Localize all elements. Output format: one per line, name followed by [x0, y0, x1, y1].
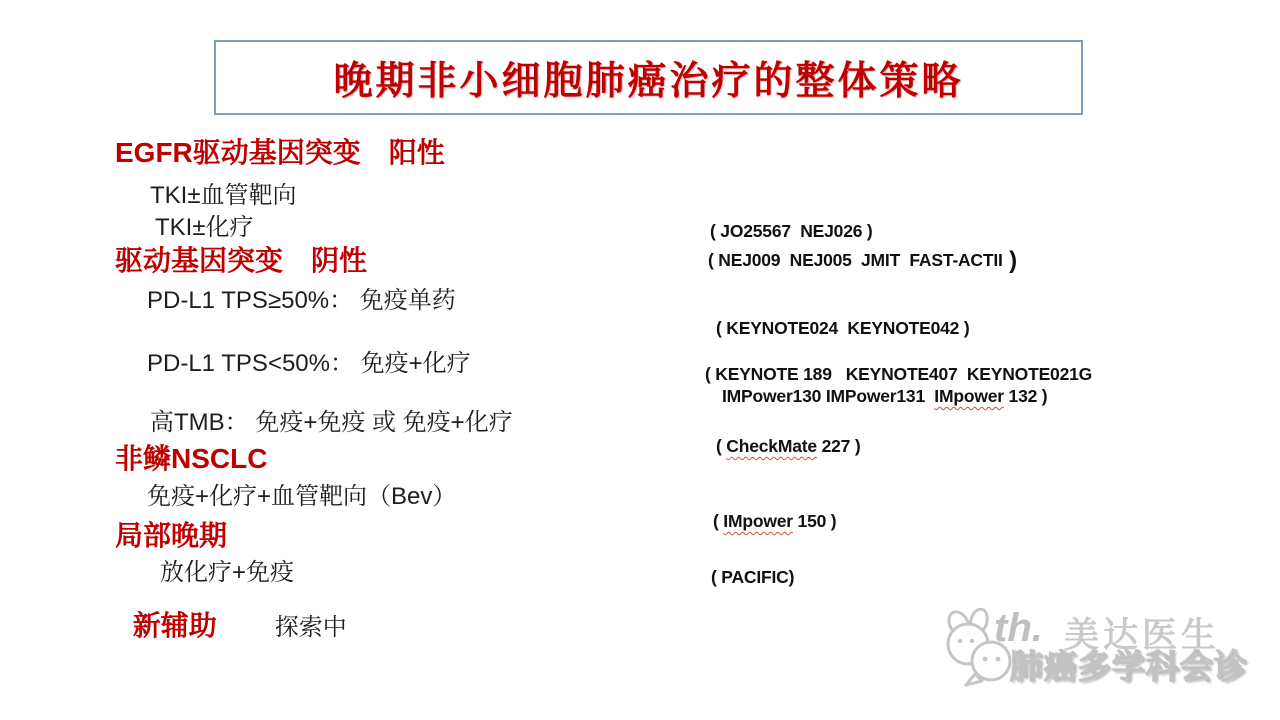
- trial-line-keynote189-407-021g: ( KEYNOTE 189 KEYNOTE407 KEYNOTE021G: [705, 363, 1092, 385]
- outline-item-pdl1-low: PD-L1 TPS<50%： 免疫+化疗: [147, 350, 471, 377]
- outline-line-neoadjuvant: 新辅助探索中: [115, 593, 347, 659]
- outline-item-immuno-chemo-bev: 免疫+化疗+血管靶向（Bev）: [147, 483, 456, 510]
- trial-line-impower130-131-132: IMPower130 IMPower131 IMpower 132 ): [722, 385, 1047, 407]
- trial-line-checkmate227: ( CheckMate 227 ): [716, 435, 860, 457]
- trial-line-impower150: ( IMpower 150 ): [713, 510, 836, 532]
- outline-heading-locally-advanced: 局部晚期: [115, 521, 227, 551]
- large-close-paren: ): [1003, 247, 1017, 274]
- outline-item-pdl1-high: PD-L1 TPS≥50%： 免疫单药: [147, 287, 456, 314]
- outline-item-tki-chemo: TKI±化疗: [155, 214, 254, 241]
- spellcheck-wavy-text: IMpower: [723, 511, 793, 531]
- outline-heading-nonsquamous-nsclc: 非鳞NSCLC: [115, 444, 267, 474]
- trial-line-pacific: ( PACIFIC): [711, 566, 794, 588]
- watermark-label: 肺癌多学科会诊: [1010, 641, 1248, 688]
- outline-item-high-tmb: 高TMB： 免疫+免疫 或 免疫+化疗: [150, 409, 513, 436]
- trial-line-nej009-fastact2: ( NEJ009 NEJ005 JMIT FAST-ACTII ): [708, 249, 1017, 272]
- spellcheck-wavy-text: IMpower: [934, 386, 1004, 406]
- outline-item-tki-vascular: TKI±血管靶向: [150, 182, 297, 209]
- spellcheck-wavy-text: CheckMate: [726, 436, 817, 456]
- outline-item-exploring: 探索中: [275, 614, 347, 641]
- trial-line-jo25567-nej026: ( JO25567 NEJ026 ): [710, 220, 873, 242]
- slide-title: 晚期非小细胞肺癌治疗的整体策略: [333, 50, 963, 106]
- trial-line-keynote024-042: ( KEYNOTE024 KEYNOTE042 ): [716, 317, 970, 339]
- slide-title-box: 晚期非小细胞肺癌治疗的整体策略: [214, 40, 1083, 115]
- outline-heading-driver-negative: 驱动基因突变 阴性: [115, 246, 367, 276]
- outline-heading-neoadjuvant: 新辅助: [133, 610, 217, 641]
- outline-heading-egfr-positive: EGFR驱动基因突变 阳性: [115, 138, 445, 168]
- outline-item-chemoradio-immuno: 放化疗+免疫: [160, 559, 294, 586]
